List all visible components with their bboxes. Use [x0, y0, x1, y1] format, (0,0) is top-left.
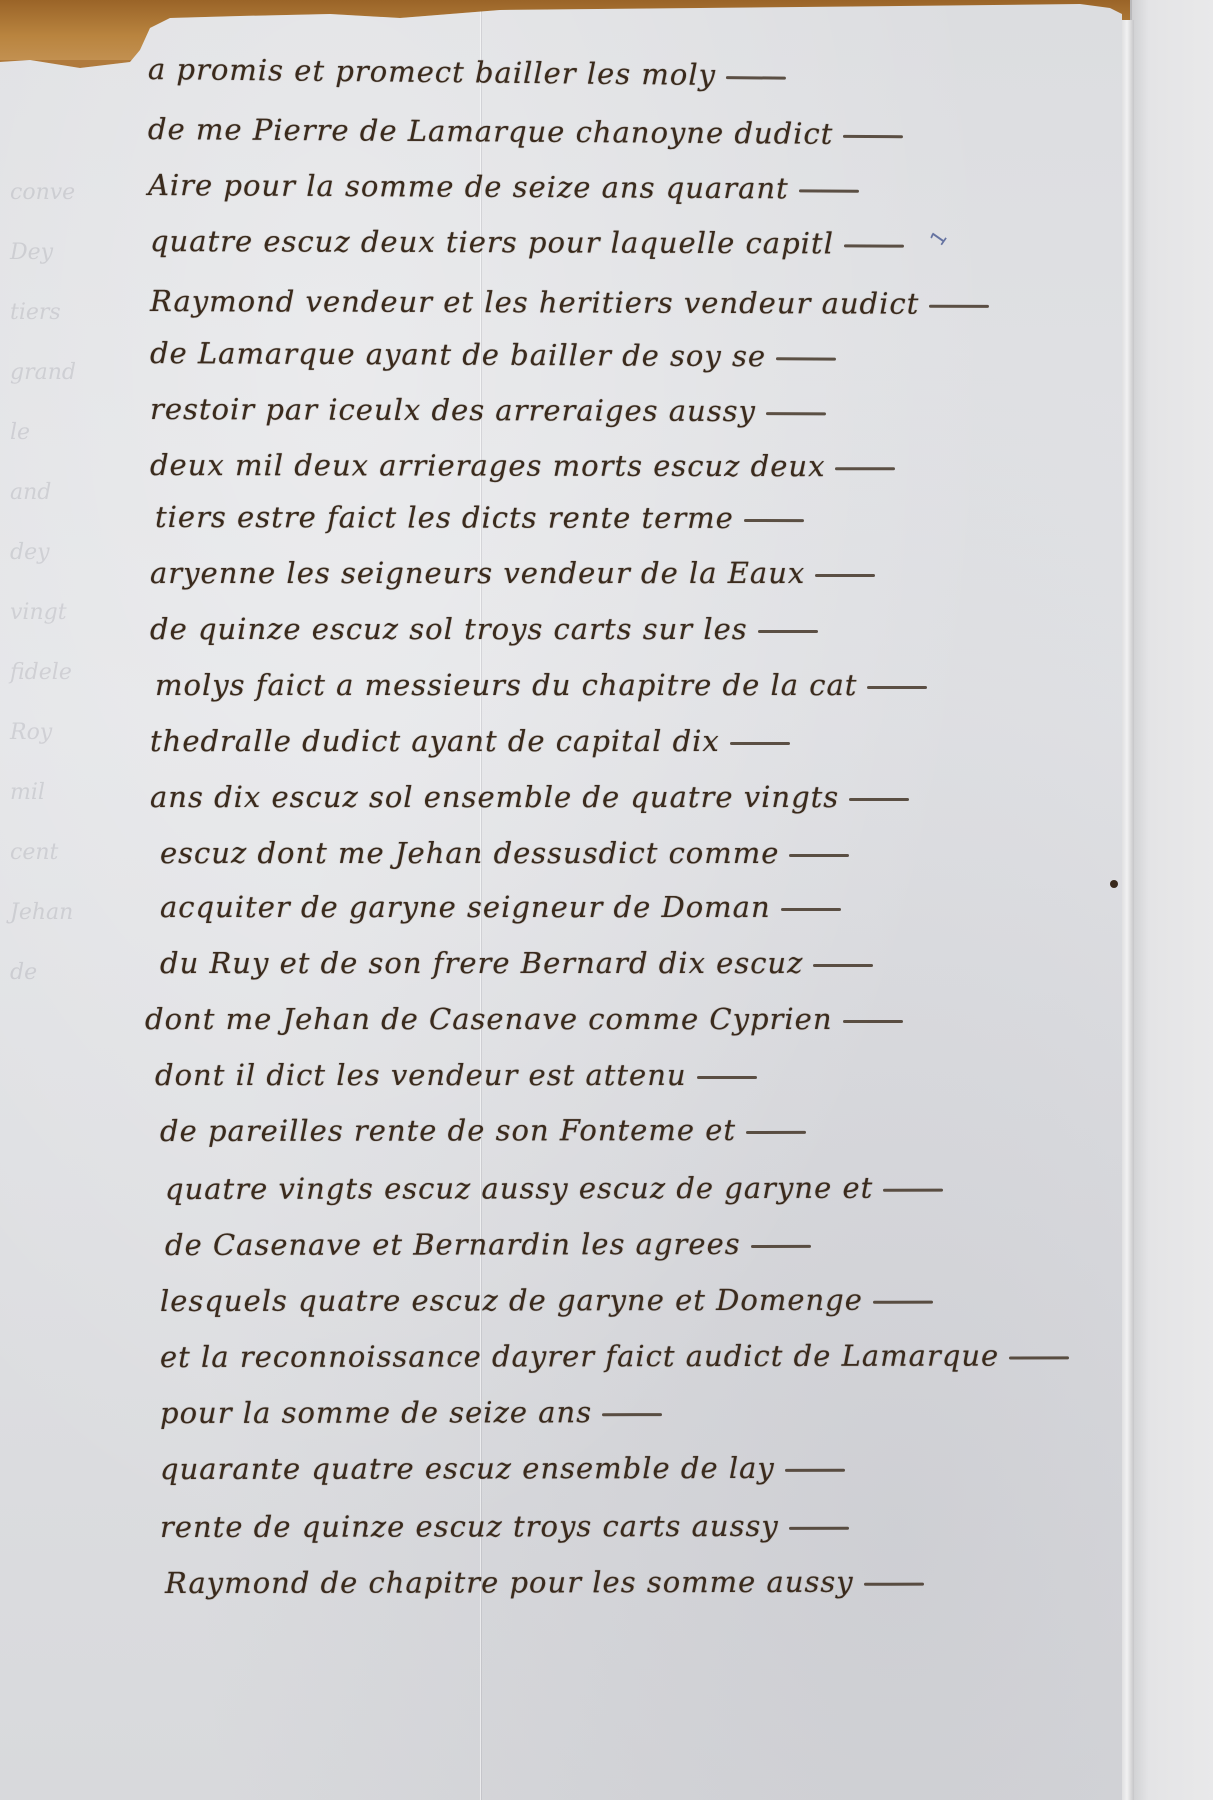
manuscript-line-19: dont il dict les vendeur est attenu: [155, 1058, 757, 1092]
manuscript-line-24: et la reconnoissance dayrer faict audict…: [160, 1338, 1069, 1374]
manuscript-line-15: escuz dont me Jehan dessusdict comme: [160, 836, 849, 870]
manuscript-line-20: de pareilles rente de son Fonteme et: [160, 1113, 806, 1148]
manuscript-line-10: aryenne les seigneurs vendeur de la Eaux: [150, 556, 875, 590]
bleed-line: le: [10, 420, 140, 480]
manuscript-line-21: quatre vingts escuz aussy escuz de garyn…: [165, 1171, 943, 1206]
manuscript-line-6: de Lamarque ayant de bailler de soy se: [150, 336, 836, 374]
manuscript-line-11: de quinze escuz sol troys carts sur les: [150, 612, 818, 646]
bleed-line: and: [10, 480, 140, 540]
bleed-line: grand: [10, 360, 140, 420]
manuscript-line-28: Raymond de chapitre pour les somme aussy: [165, 1565, 924, 1600]
manuscript-line-22: de Casenave et Bernardin les agrees: [165, 1227, 811, 1262]
adjacent-leaf: [1130, 0, 1213, 1800]
folded-page-edge: [1120, 20, 1134, 1800]
manuscript-line-16: acquiter de garyne seigneur de Doman: [160, 890, 841, 924]
manuscript-line-25: pour la somme de seize ans: [160, 1395, 662, 1430]
bleed-line: Roy: [10, 720, 140, 780]
bleed-through-text: conve Dey tiers grand le and dey vingt f…: [10, 180, 140, 1080]
manuscript-line-12: molys faict a messieurs du chapitre de l…: [155, 668, 927, 702]
manuscript-line-1: a promis et promect bailler les moly: [148, 52, 786, 93]
bleed-line: tiers: [10, 300, 140, 360]
bleed-line: Jehan: [10, 900, 140, 960]
manuscript-line-4: quatre escuz deux tiers pour laquelle ca…: [150, 224, 904, 261]
manuscript-line-17: du Ruy et de son frere Bernard dix escuz: [160, 946, 873, 980]
bleed-line: Dey: [10, 240, 140, 300]
manuscript-line-7: restoir par iceulx des arreraiges aussy: [150, 392, 826, 428]
manuscript-line-3: Aire pour la somme de seize ans quarant: [148, 168, 859, 206]
manuscript-line-2: de me Pierre de Lamarque chanoyne dudict: [148, 112, 904, 151]
manuscript-line-23: lesquels quatre escuz de garyne et Domen…: [160, 1283, 933, 1318]
manuscript-line-13: thedralle dudict ayant de capital dix: [150, 724, 790, 758]
manuscript-line-14: ans dix escuz sol ensemble de quatre vin…: [150, 780, 909, 814]
bleed-line: conve: [10, 180, 140, 240]
manuscript-line-8: deux mil deux arrierages morts escuz deu…: [150, 448, 896, 483]
manuscript-page: conve Dey tiers grand le and dey vingt f…: [0, 0, 1122, 1800]
manuscript-line-5: Raymond vendeur et les heritiers vendeur…: [150, 284, 989, 321]
bleed-line: cent: [10, 840, 140, 900]
manuscript-line-9: tiers estre faict les dicts rente terme: [155, 500, 804, 535]
bleed-line: mil: [10, 780, 140, 840]
manuscript-line-26: quarante quatre escuz ensemble de lay: [160, 1451, 845, 1486]
ink-stain: [1110, 880, 1118, 888]
bleed-line: vingt: [10, 600, 140, 660]
bleed-line: dey: [10, 540, 140, 600]
manuscript-line-18: dont me Jehan de Casenave comme Cyprien: [145, 1002, 903, 1036]
blue-ink-annotation: 1: [925, 226, 952, 250]
manuscript-line-27: rente de quinze escuz troys carts aussy: [160, 1509, 849, 1544]
bleed-line: fidele: [10, 660, 140, 720]
bleed-line: de: [10, 960, 140, 1020]
